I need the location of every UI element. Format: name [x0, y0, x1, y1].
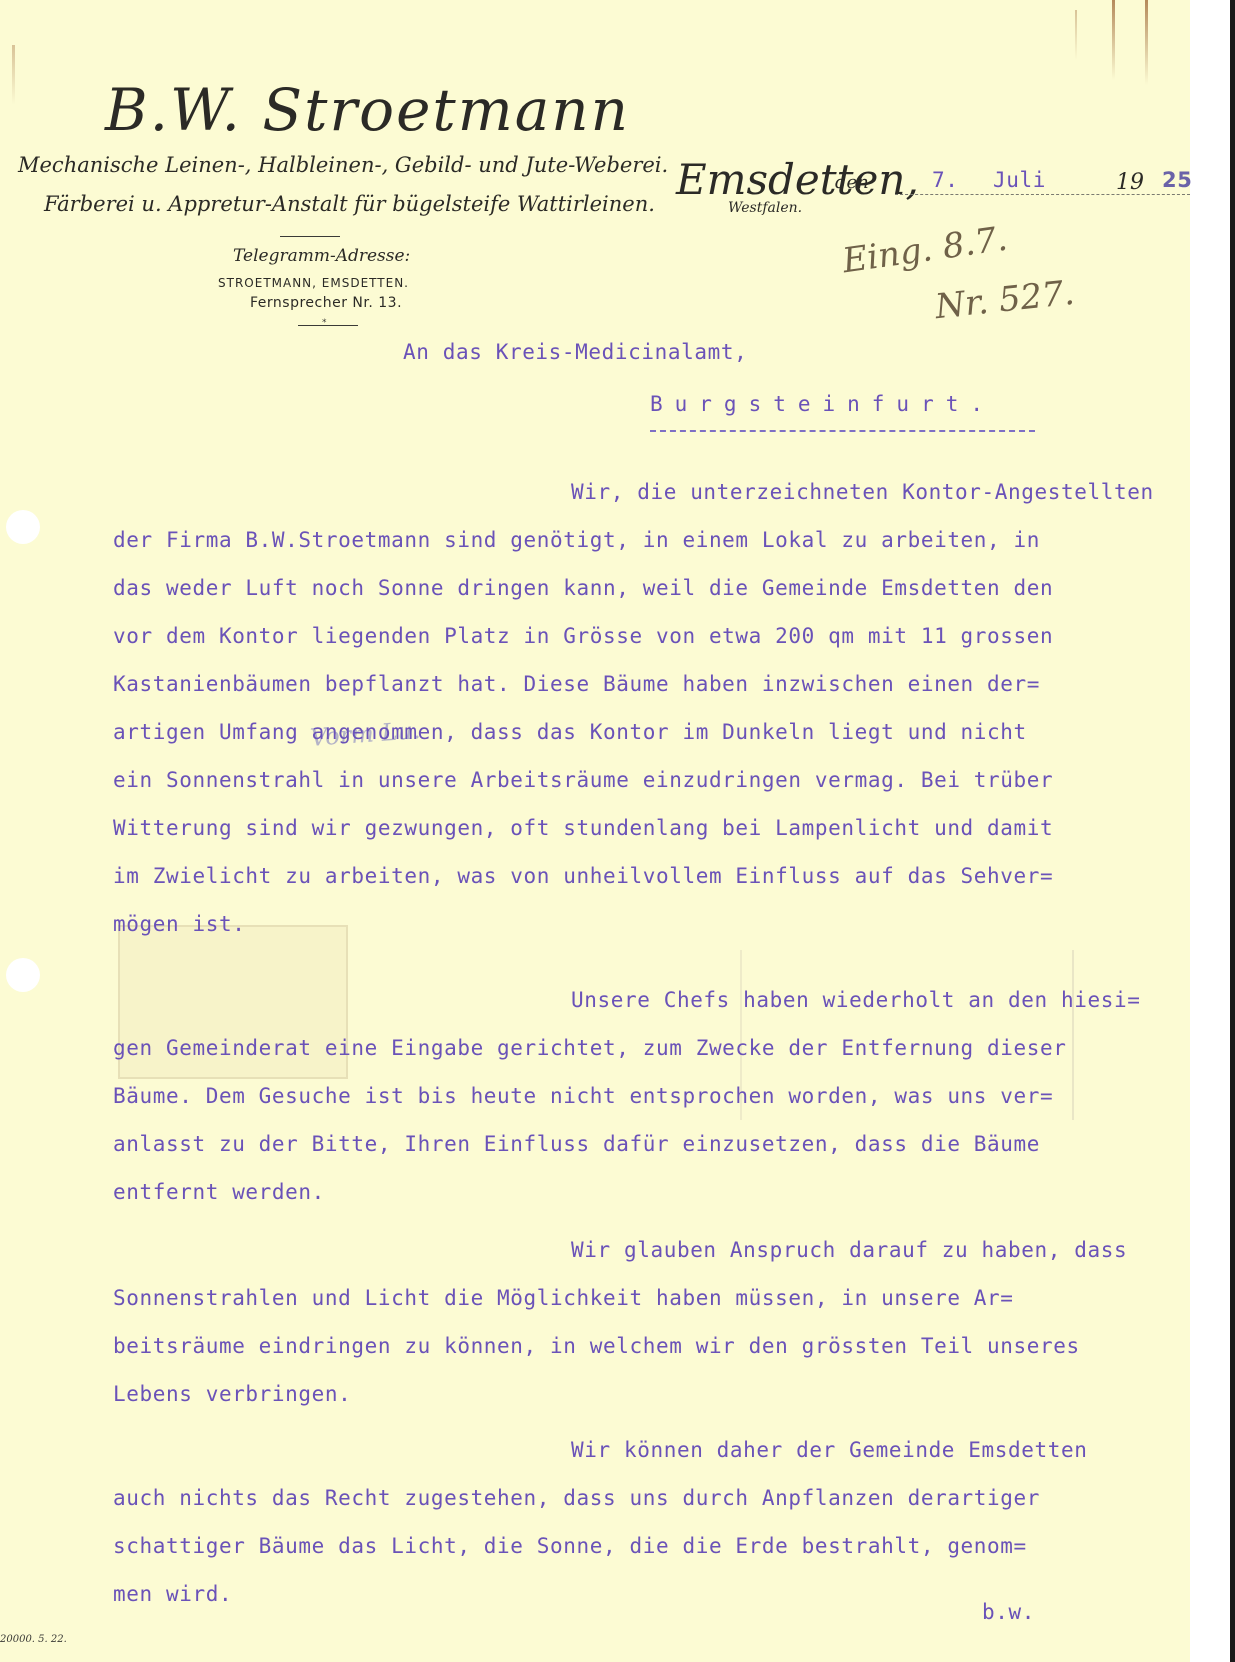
telegram-address: STROETMANN, EMSDETTEN.: [218, 276, 409, 290]
body-line: entfernt werden.: [113, 1180, 325, 1204]
body-line: Unsere Chefs haben wiederholt an den hie…: [571, 988, 1140, 1012]
telegram-label: Telegramm-Adresse:: [233, 246, 410, 266]
body-line: men wird.: [113, 1582, 232, 1606]
scan-edge: [1230, 0, 1235, 1662]
date-century: 19: [1116, 170, 1144, 195]
body-line: mögen ist.: [113, 912, 245, 936]
star-ornament-icon: *: [322, 318, 327, 328]
letterhead-separator: [280, 236, 340, 237]
scan-margin: [1190, 0, 1230, 1662]
recipient-city: Burgsteinfurt.: [650, 392, 995, 416]
city-underline: [650, 430, 1035, 432]
body-line: Wir, die unterzeichneten Kontor-Angestel…: [571, 480, 1154, 504]
letterhead-separator: [298, 325, 358, 326]
body-line: im Zwielicht zu arbeiten, was von unheil…: [113, 864, 1053, 888]
stain-mark: [12, 45, 15, 105]
body-line: auch nichts das Recht zugestehen, dass u…: [113, 1486, 1040, 1510]
place-state: Westfalen.: [728, 200, 802, 216]
body-line: vor dem Kontor liegenden Platz in Grösse…: [113, 624, 1053, 648]
punch-hole-bottom: [6, 958, 40, 992]
stain-mark: [1145, 0, 1148, 85]
punch-hole-top: [6, 510, 40, 544]
firm-name: B.W. Stroetmann: [105, 76, 630, 144]
date-day: 7.: [932, 168, 959, 192]
body-line: gen Gemeinderat eine Eingabe gerichtet, …: [113, 1036, 1067, 1060]
body-line: ein Sonnenstrahl in unsere Arbeitsräume …: [113, 768, 1053, 792]
place-den: den: [835, 172, 869, 193]
firm-description-line2: Färberei u. Appretur-Anstalt für bügelst…: [44, 192, 655, 216]
body-line: Wir glauben Anspruch darauf zu haben, da…: [571, 1238, 1127, 1262]
body-line: der Firma B.W.Stroetmann sind genötigt, …: [113, 528, 1040, 552]
body-line: Sonnenstrahlen und Licht die Möglichkeit…: [113, 1286, 1014, 1310]
body-line: Kastanienbäumen bepflanzt hat. Diese Bäu…: [113, 672, 1040, 696]
body-line: Wir können daher der Gemeinde Emsdetten: [571, 1438, 1087, 1462]
date-year: 25: [1162, 168, 1192, 192]
body-line: Bäume. Dem Gesuche ist bis heute nicht e…: [113, 1084, 1053, 1108]
recipient-line: An das Kreis-Medicinalamt,: [403, 340, 747, 364]
phone-number: Fernsprecher Nr. 13.: [250, 295, 402, 311]
firm-description-line1: Mechanische Leinen-, Halbleinen-, Gebild…: [18, 153, 668, 177]
body-line: das weder Luft noch Sonne dringen kann, …: [113, 576, 1053, 600]
body-line: schattiger Bäume das Licht, die Sonne, d…: [113, 1534, 1027, 1558]
print-run-note: 20000. 5. 22.: [0, 1634, 67, 1645]
body-line: beitsräume eindringen zu können, in welc…: [113, 1334, 1080, 1358]
body-line: anlasst zu der Bitte, Ihren Einfluss daf…: [113, 1132, 1040, 1156]
body-line: Lebens verbringen.: [113, 1382, 351, 1406]
date-underline: [895, 194, 1190, 195]
date-month: Juli: [993, 168, 1046, 192]
body-line: Witterung sind wir gezwungen, oft stunde…: [113, 816, 1053, 840]
turn-over-note: b.w.: [982, 1600, 1035, 1624]
stain-mark: [1112, 0, 1115, 80]
body-line: artigen Umfang angenommen, dass das Kont…: [113, 720, 1027, 744]
place-name: Emsdetten,: [676, 155, 919, 204]
stain-mark: [1075, 10, 1077, 60]
